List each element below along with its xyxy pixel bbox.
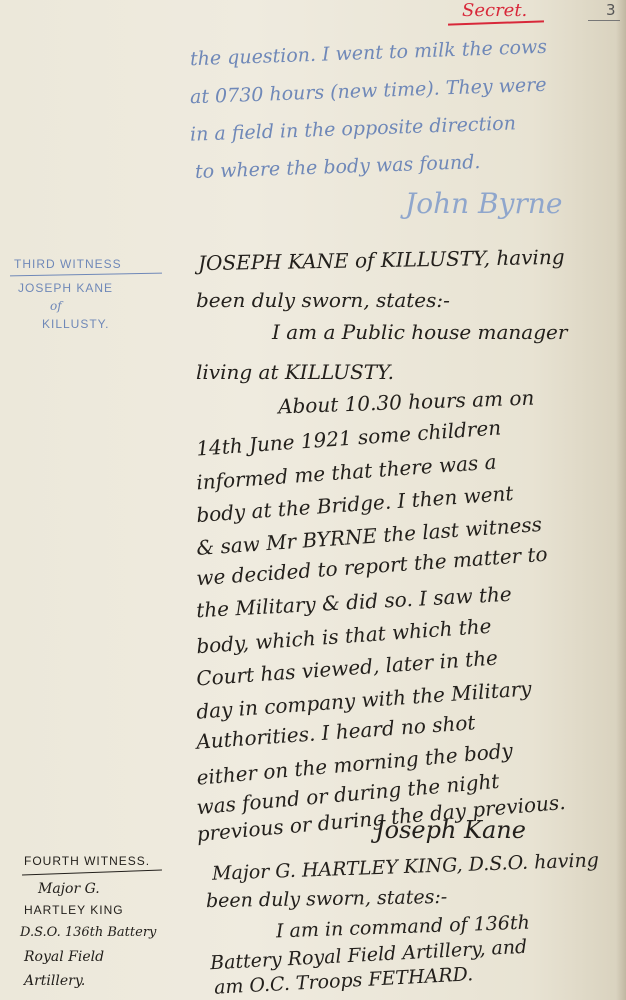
- statement-line: been duly sworn, states:-: [196, 290, 450, 310]
- margin-witness-of: of: [50, 300, 62, 312]
- statement-line: JOSEPH KANE of KILLUSTY, having: [198, 247, 565, 273]
- statement-line: living at KILLUSTY.: [196, 362, 394, 382]
- margin-witness-line: Artillery.: [24, 974, 85, 988]
- margin-heading-rule: [10, 273, 162, 277]
- statement-line: I am a Public house manager: [272, 322, 567, 342]
- statement-line: Major G. HARTLEY KING, D.S.O. having: [212, 851, 599, 883]
- margin-witness-line: D.S.O. 136th Battery: [20, 926, 156, 939]
- classification-stamp: Secret.: [462, 2, 527, 20]
- statement-line: About 10.30 hours am on: [278, 388, 535, 417]
- margin-witness-place: KILLUSTY.: [42, 318, 109, 330]
- page-number-rule: [588, 20, 620, 21]
- document-page: Secret. 3 the question. I went to milk t…: [0, 0, 626, 1000]
- margin-witness-line: Royal Field: [24, 950, 104, 964]
- continuation-line: in a field in the opposite direction: [190, 114, 516, 144]
- margin-heading-rule: [22, 870, 162, 876]
- margin-heading-third-witness: THIRD WITNESS: [14, 258, 122, 270]
- classification-underline: [448, 20, 544, 25]
- margin-witness-line: Major G.: [38, 882, 100, 896]
- continuation-line: the question. I went to milk the cows: [190, 38, 548, 69]
- continuation-line: at 0730 hours (new time). They were: [190, 76, 547, 107]
- margin-heading-fourth-witness: FOURTH WITNESS.: [24, 855, 150, 867]
- continuation-line: to where the body was found.: [195, 153, 481, 182]
- signature-john-byrne: John Byrne: [405, 190, 562, 218]
- signature-joseph-kane: Joseph Kane: [375, 818, 526, 842]
- margin-witness-line: HARTLEY KING: [24, 904, 124, 916]
- margin-witness-name: JOSEPH KANE: [18, 282, 113, 294]
- statement-line: been duly sworn, states:-: [206, 888, 447, 911]
- page-number: 3: [606, 3, 616, 18]
